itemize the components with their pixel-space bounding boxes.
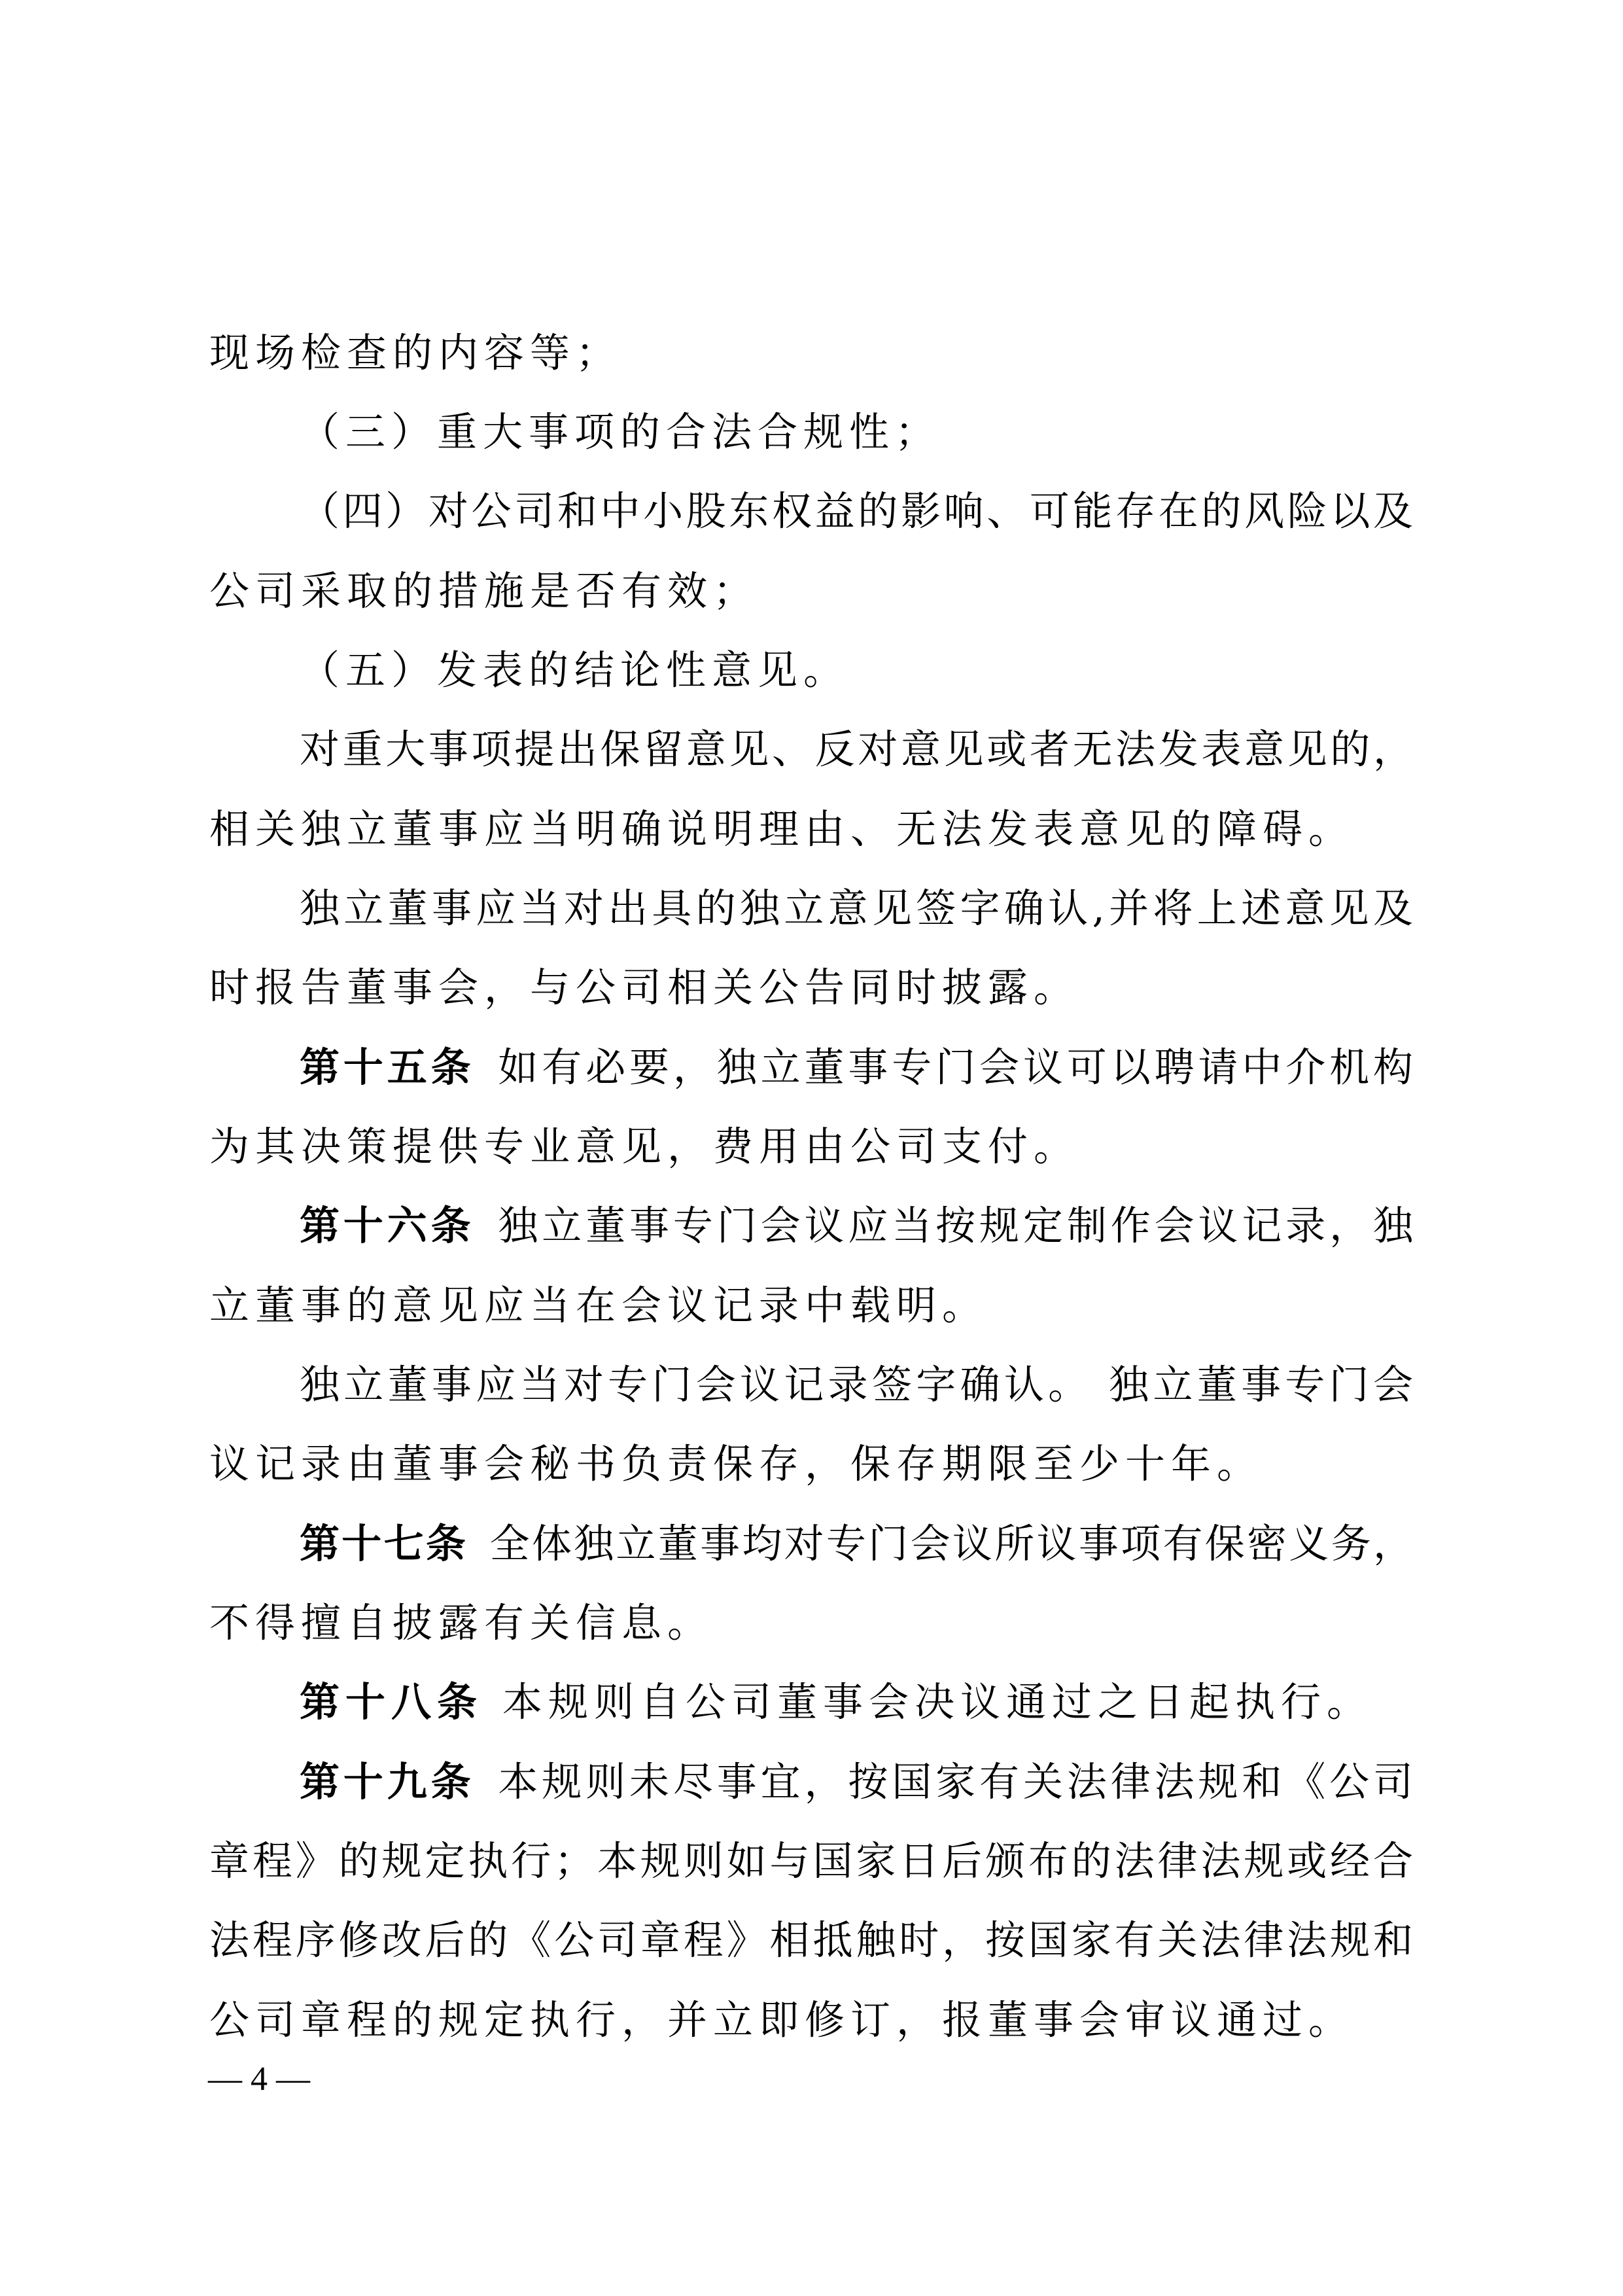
line-text: 本规则未尽事宜，按国家有关法律法规和《公司: [495, 1759, 1413, 1805]
page-number: — 4 —: [208, 2060, 310, 2099]
paragraph-line: 不得擅自披露有关信息。: [209, 1597, 1413, 1650]
article-heading: 第十五条: [300, 1044, 475, 1091]
article-16: 第十六条独立董事专门会议应当按规定制作会议记录，独: [209, 1200, 1413, 1252]
paragraph-line: 对重大事项提出保留意见、反对意见或者无法发表意见的，: [209, 724, 1413, 776]
paragraph-line: 立董事的意见应当在会议记录中载明。: [209, 1280, 1413, 1332]
article-17: 第十七条全体独立董事均对专门会议所议事项有保密义务，: [209, 1518, 1413, 1570]
paragraph-line: 公司采取的措施是否有效；: [209, 565, 1413, 618]
article-heading: 第十七条: [300, 1521, 468, 1567]
line-text: 时报告董事会，与公司相关公告同时披露。: [209, 964, 1079, 1011]
line-text: 如有必要，独立董事专门会议可以聘请中介机构: [495, 1044, 1413, 1091]
document-page: 现场检查的内容等； （三）重大事项的合法合规性； （四）对公司和中小股东权益的影…: [0, 0, 1623, 2296]
list-item-4: （四）对公司和中小股东权益的影响、可能存在的风险以及: [209, 486, 1413, 538]
line-text: 独立董事应当对出具的独立意见签字确认,并将上述意见及: [300, 885, 1413, 932]
article-19: 第十九条本规则未尽事宜，按国家有关法律法规和《公司: [209, 1756, 1413, 1809]
paragraph-line: 公司章程的规定执行，并立即修订，报董事会审议通过。: [209, 1994, 1413, 2047]
line-text: 对重大事项提出保留意见、反对意见或者无法发表意见的，: [300, 726, 1413, 773]
line-text: 相关独立董事应当明确说明理由、无法发表意见的障碍。: [209, 806, 1354, 853]
line-text: 本规则自公司董事会决议通过之日起执行。: [502, 1679, 1372, 1725]
paragraph-line: 相关独立董事应当明确说明理由、无法发表意见的障碍。: [209, 804, 1413, 856]
line-text: 公司采取的措施是否有效；: [209, 568, 759, 614]
line-text: 为其决策提供专业意见，费用由公司支付。: [209, 1123, 1079, 1170]
article-heading: 第十八条: [300, 1679, 483, 1725]
line-text: 独立董事专门会议应当按规定制作会议记录，独: [495, 1203, 1413, 1249]
line-text: （四）对公司和中小股东权益的影响、可能存在的风险以及: [300, 488, 1413, 535]
article-heading: 第十九条: [300, 1759, 475, 1805]
line-text: （三）重大事项的合法合规性；: [300, 409, 941, 455]
line-text: 章程》的规定执行；本规则如与国家日后颁布的法律法规或经合: [209, 1838, 1413, 1884]
line-text: 现场检查的内容等；: [209, 330, 621, 376]
paragraph-line: 独立董事应当对出具的独立意见签字确认,并将上述意见及: [209, 883, 1413, 935]
line-text: 独立董事应当对专门会议记录签字确认。 独立董事专门会: [300, 1362, 1413, 1408]
paragraph-line: 章程》的规定执行；本规则如与国家日后颁布的法律法规或经合: [209, 1835, 1413, 1888]
list-item-5: （五）发表的结论性意见。: [209, 645, 1413, 697]
line-text: （五）发表的结论性意见。: [300, 647, 849, 694]
paragraph-line: 时报告董事会，与公司相关公告同时披露。: [209, 962, 1413, 1014]
paragraph-line: 为其决策提供专业意见，费用由公司支付。: [209, 1121, 1413, 1173]
paragraph-line: 议记录由董事会秘书负责保存，保存期限至少十年。: [209, 1438, 1413, 1491]
line-text: 立董事的意见应当在会议记录中载明。: [209, 1282, 988, 1329]
article-15: 第十五条如有必要，独立董事专门会议可以聘请中介机构: [209, 1042, 1413, 1094]
line-text: 全体独立董事均对专门会议所议事项有保密义务，: [487, 1521, 1413, 1567]
paragraph-line: 现场检查的内容等；: [209, 327, 1413, 380]
line-text: 公司章程的规定执行，并立即修订，报董事会审议通过。: [209, 1997, 1354, 2043]
paragraph-line: 法程序修改后的《公司章程》相抵触时，按国家有关法律法规和: [209, 1915, 1413, 1967]
line-text: 不得擅自披露有关信息。: [209, 1600, 713, 1646]
article-heading: 第十六条: [300, 1203, 475, 1249]
list-item-3: （三）重大事项的合法合规性；: [209, 406, 1413, 459]
line-text: 法程序修改后的《公司章程》相抵触时，按国家有关法律法规和: [209, 1917, 1413, 1964]
paragraph-line: 独立董事应当对专门会议记录签字确认。 独立董事专门会: [209, 1359, 1413, 1411]
article-18: 第十八条本规则自公司董事会决议通过之日起执行。: [209, 1676, 1413, 1729]
line-text: 议记录由董事会秘书负责保存，保存期限至少十年。: [209, 1441, 1263, 1487]
